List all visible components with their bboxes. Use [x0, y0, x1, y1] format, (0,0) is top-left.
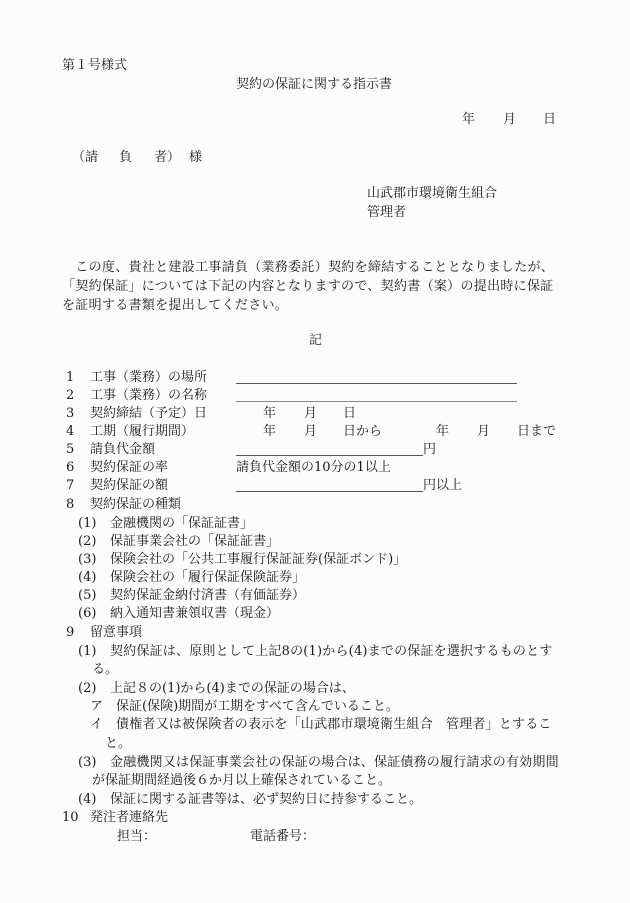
period-end-month: 月 [477, 424, 490, 440]
type-number: (6) [78, 606, 96, 622]
type-text: 契約保証金納付済書（有価証券） [110, 588, 305, 604]
item-number: 5 [66, 442, 74, 458]
period-end-year: 年 [436, 424, 449, 440]
note-1-line-1: 契約保証は、原則として上記8の(1)から(4)までの保証を選択するものとす [110, 644, 553, 660]
name-input-line[interactable] [236, 401, 517, 402]
contract-date-year: 年 [263, 406, 276, 422]
item-label-guarantee-types: 契約保証の種類 [90, 497, 181, 513]
type-number: (3) [78, 552, 96, 568]
document-title: 契約の保証に関する指示書 [236, 77, 392, 93]
contact-label: 発注者連絡先 [90, 810, 168, 826]
type-number: (1) [78, 516, 96, 532]
notes-label: 留意事項 [90, 625, 142, 641]
note-2-i-line-2: と。 [105, 736, 131, 752]
item-number: 7 [66, 478, 74, 494]
contract-amount-suffix: 円 [423, 442, 436, 458]
item-label-guarantee-rate: 契約保証の率 [90, 460, 168, 476]
ki-heading: 記 [309, 333, 322, 349]
intro-line-2: 「契約保証」については下記の内容となりますので、契約書（案）の提出時に保証 [62, 279, 554, 295]
item-number: 8 [66, 497, 74, 513]
period-end-day: 日まで [517, 424, 556, 440]
note-2-i-mark: イ [90, 717, 103, 733]
date-year: 年 [462, 112, 475, 128]
addressee-open: （請 [72, 150, 98, 166]
note-2-a-text: 保証(保険)期間が工期をすべて含んでいること。 [116, 699, 399, 715]
guarantee-amount-suffix: 円以上 [423, 478, 462, 494]
contract-date-day: 日 [343, 406, 356, 422]
item-number: 3 [66, 406, 74, 422]
intro-line-1: この度、貴社と建設工事請負（業務委託）契約を締結することとなりましたが、 [62, 260, 554, 276]
item-label-period: 工期（履行期間） [90, 424, 194, 440]
item-number: 1 [66, 370, 74, 386]
note-2-line-1: 上記８の(1)から(4)までの保証の場合は、 [110, 681, 355, 697]
contract-date-month: 月 [304, 406, 317, 422]
type-text: 保険会社の「履行保証保険証券」 [110, 570, 305, 586]
guarantee-amount-input-line[interactable] [236, 491, 423, 492]
period-start-month: 月 [304, 424, 317, 440]
item-number: 6 [66, 460, 74, 476]
item-number: 2 [66, 388, 74, 404]
note-number: (3) [78, 755, 96, 771]
issuer-role: 管理者 [367, 205, 406, 221]
addressee-mid: 負 [119, 150, 132, 166]
type-number: (4) [78, 570, 96, 586]
period-start-day: 日から [343, 424, 382, 440]
contract-amount-input-line[interactable] [236, 455, 423, 456]
date-month: 月 [503, 112, 516, 128]
issuer-organization: 山武郡市環境衛生組合 [367, 186, 497, 202]
form-number: 第１号様式 [62, 58, 127, 74]
location-input-line[interactable] [236, 383, 517, 384]
note-2-a-mark: ア [90, 699, 103, 715]
type-text: 金融機関の「保証証書」 [110, 516, 253, 532]
item-number: 4 [66, 424, 74, 440]
item-number: 9 [66, 625, 74, 641]
type-number: (2) [78, 534, 96, 550]
note-number: (2) [78, 681, 96, 697]
period-start-year: 年 [263, 424, 276, 440]
type-number: (5) [78, 588, 96, 604]
item-label-contract-amount: 請負代金額 [90, 442, 155, 458]
note-number: (4) [78, 792, 96, 808]
item-label-guarantee-amount: 契約保証の額 [90, 478, 168, 494]
contact-phone-label: 電話番号： [250, 829, 315, 845]
addressee-close: 者） [154, 150, 180, 166]
intro-line-3: を証明する書類を提出してください。 [62, 298, 288, 314]
item-label-name: 工事（業務）の名称 [90, 388, 207, 404]
date-day: 日 [543, 112, 556, 128]
note-number: (1) [78, 644, 96, 660]
type-text: 保証事業会社の「保証証書」 [110, 534, 279, 550]
type-text: 納入通知書兼領収書（現金） [110, 606, 279, 622]
addressee-honorific: 様 [189, 150, 202, 166]
note-1-line-2: る。 [92, 662, 118, 678]
item-number: 10 [62, 810, 79, 826]
note-3-line-1: 金融機関又は保証事業会社の保証の場合は、保証債務の履行請求の有効期間 [110, 755, 559, 771]
note-2-i-line-1: 債権者又は被保険者の表示を「山武郡市環境衛生組合 管理者」とするこ [116, 717, 552, 733]
type-text: 保険会社の「公共工事履行保証証券(保証ボンド)」 [110, 552, 406, 568]
note-3-line-2: が保証期間経過後６か月以上確保されていること。 [92, 773, 391, 789]
item-label-contract-date: 契約締結（予定）日 [90, 406, 207, 422]
note-4-text: 保証に関する証書等は、必ず契約日に持参すること。 [110, 792, 422, 808]
item-label-location: 工事（業務）の場所 [90, 370, 207, 386]
contact-person-label: 担当： [117, 829, 156, 845]
guarantee-rate-value: 請負代金額の10分の1以上 [236, 460, 391, 476]
